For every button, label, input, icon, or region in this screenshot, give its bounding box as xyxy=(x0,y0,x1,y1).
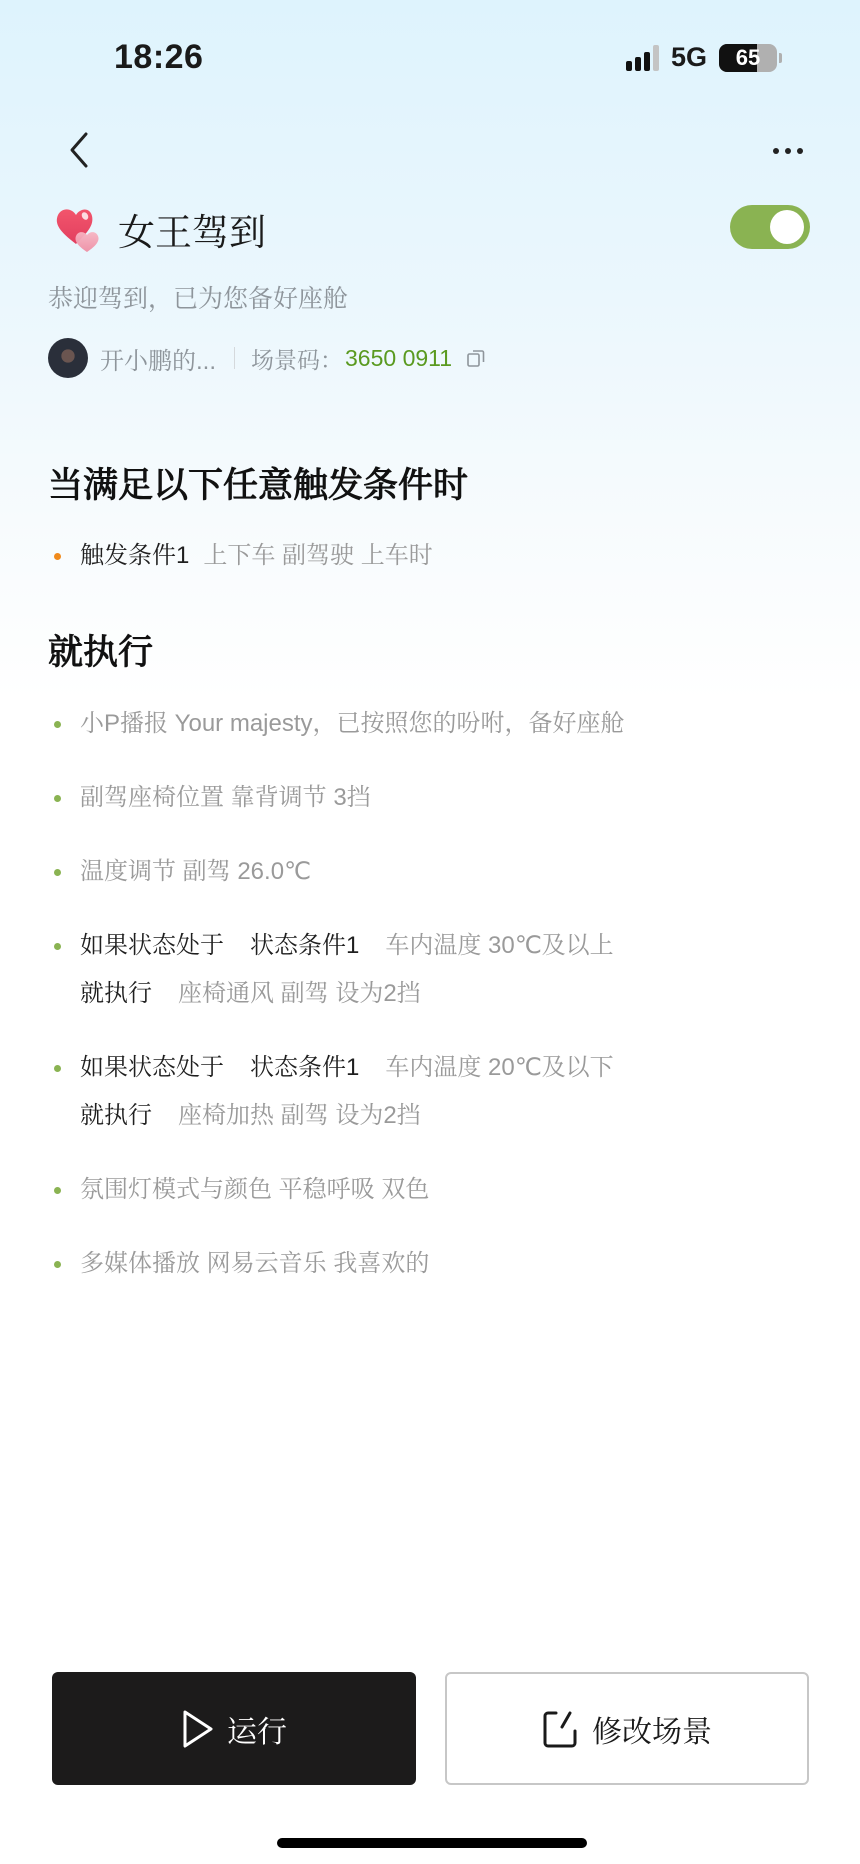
edit-scene-button[interactable]: 修改场景 xyxy=(445,1672,809,1785)
scene-title-row: 女王驾到 xyxy=(54,202,266,256)
edit-icon xyxy=(542,1709,580,1749)
if-label: 如果状态处于 xyxy=(80,932,224,959)
bullet-dot xyxy=(54,795,61,802)
then-label: 就执行 xyxy=(80,980,152,1007)
scene-code-value: 3650 0911 xyxy=(345,345,452,372)
action-item: 温度调节 副驾 26.0℃ xyxy=(54,848,311,896)
then-detail: 座椅加热 副驾 设为2挡 xyxy=(178,1102,421,1129)
action-text: 氛围灯模式与颜色 平稳呼吸 双色 xyxy=(80,1166,429,1214)
creator-name[interactable]: 开小鹏的... xyxy=(100,341,216,376)
toggle-knob xyxy=(770,210,804,244)
network-type: 5G xyxy=(671,42,707,73)
trigger-item: 触发条件1上下车 副驾驶 上车时 xyxy=(54,532,433,580)
action-text: 温度调节 副驾 26.0℃ xyxy=(80,848,311,896)
bullet-dot xyxy=(54,553,61,560)
condition-label: 状态条件1 xyxy=(250,932,359,959)
status-indicators: 5G 65 xyxy=(626,42,782,73)
scene-title: 女王驾到 xyxy=(118,202,266,256)
trigger-section-heading: 当满足以下任意触发条件时 xyxy=(48,458,468,508)
copy-icon[interactable] xyxy=(466,348,486,368)
run-button[interactable]: 运行 xyxy=(52,1672,416,1785)
then-label: 就执行 xyxy=(80,1102,152,1129)
avatar[interactable] xyxy=(48,338,88,378)
chevron-left-icon xyxy=(62,130,102,170)
more-dot xyxy=(773,148,779,154)
conditional-action-item: 如果状态处于状态条件1车内温度 20℃及以下 就执行座椅加热 副驾 设为2挡 xyxy=(54,1044,614,1140)
home-indicator[interactable] xyxy=(277,1838,587,1848)
status-time: 18:26 xyxy=(114,38,203,77)
action-item: 副驾座椅位置 靠背调节 3挡 xyxy=(54,774,371,822)
battery-icon: 65 xyxy=(719,44,777,72)
creator-row: 开小鹏的... 场景码： 3650 0911 xyxy=(48,338,486,378)
action-item: 小P播报 Your majesty，已按照您的吩咐，备好座舱 xyxy=(54,700,625,748)
back-button[interactable] xyxy=(62,130,102,170)
bullet-dot xyxy=(54,869,61,876)
edit-label: 修改场景 xyxy=(592,1707,712,1751)
trigger-detail: 上下车 副驾驶 上车时 xyxy=(203,542,432,569)
battery-tip xyxy=(779,53,782,63)
action-text: 多媒体播放 网易云音乐 我喜欢的 xyxy=(80,1240,429,1288)
trigger-label: 触发条件1 xyxy=(80,542,189,569)
scene-subtitle: 恭迎驾到，已为您备好座舱 xyxy=(48,279,348,315)
bullet-dot xyxy=(54,721,61,728)
scene-enable-toggle[interactable] xyxy=(730,205,810,249)
action-item: 多媒体播放 网易云音乐 我喜欢的 xyxy=(54,1240,429,1288)
more-dot xyxy=(785,148,791,154)
run-label: 运行 xyxy=(227,1707,287,1751)
action-text: 副驾座椅位置 靠背调节 3挡 xyxy=(80,774,371,822)
condition-detail: 车内温度 20℃及以下 xyxy=(385,1054,613,1081)
if-label: 如果状态处于 xyxy=(80,1054,224,1081)
hearts-icon xyxy=(54,204,104,254)
action-text: 小P播报 Your majesty，已按照您的吩咐，备好座舱 xyxy=(80,700,625,748)
divider xyxy=(234,347,235,369)
bullet-dot xyxy=(54,1065,61,1072)
condition-detail: 车内温度 30℃及以上 xyxy=(385,932,613,959)
conditional-action-item: 如果状态处于状态条件1车内温度 30℃及以上 就执行座椅通风 副驾 设为2挡 xyxy=(54,922,614,1018)
action-section-heading: 就执行 xyxy=(48,625,153,675)
bullet-dot xyxy=(54,943,61,950)
condition-label: 状态条件1 xyxy=(250,1054,359,1081)
play-icon xyxy=(181,1709,215,1749)
more-button[interactable] xyxy=(758,136,818,166)
scene-code-label: 场景码： xyxy=(251,342,343,375)
then-detail: 座椅通风 副驾 设为2挡 xyxy=(178,980,421,1007)
more-dot xyxy=(797,148,803,154)
bullet-dot xyxy=(54,1261,61,1268)
battery-level: 65 xyxy=(736,45,760,71)
signal-icon xyxy=(626,45,659,71)
bullet-dot xyxy=(54,1187,61,1194)
action-item: 氛围灯模式与颜色 平稳呼吸 双色 xyxy=(54,1166,429,1214)
